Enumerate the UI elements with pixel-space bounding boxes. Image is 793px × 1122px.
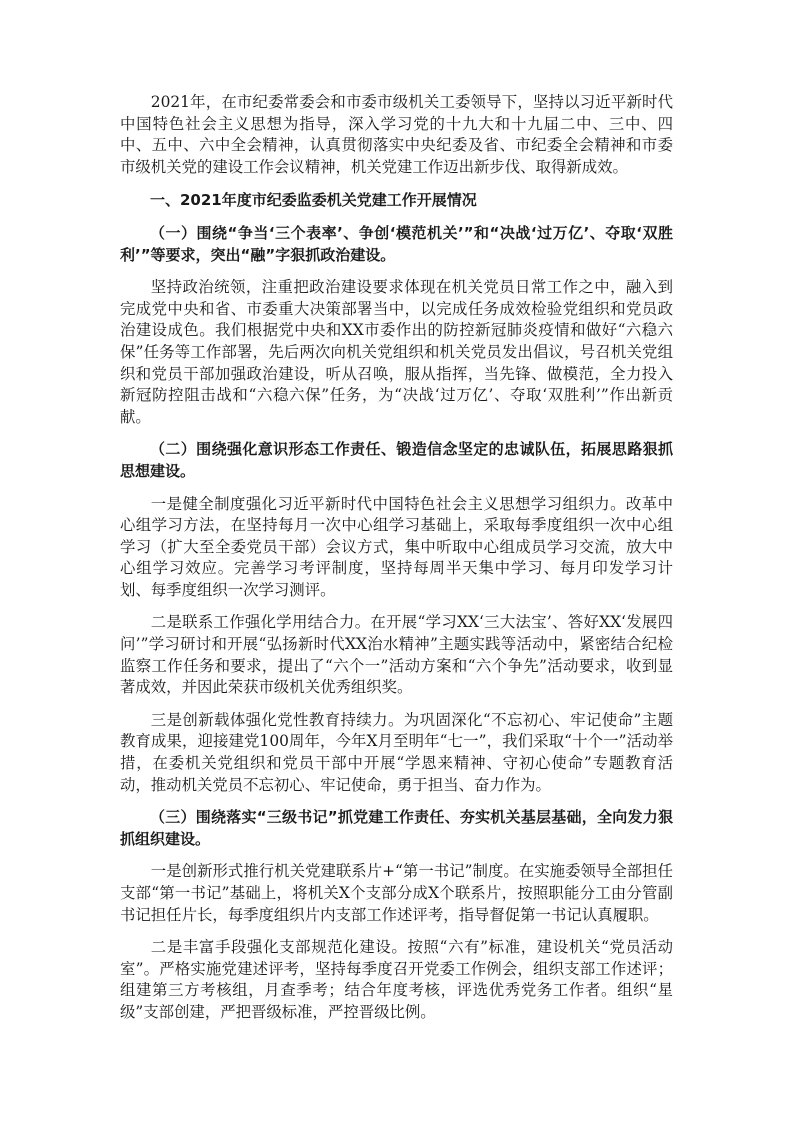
- paragraph: 三是创新载体强化党性教育持续力。为巩固深化“不忘初心、牢记使命”主题教育成果，迎…: [120, 710, 673, 796]
- document-page: 2021年，在市纪委常委会和市委市级机关工委领导下，坚持以习近平新时代中国特色社…: [120, 92, 673, 1024]
- paragraph: 二是联系工作强化学用结合力。在开展“学习XX‘三大法宝’、答好XX‘发展四问’”…: [120, 612, 673, 698]
- paragraph: 二是丰富手段强化支部规范化建设。按照“六有”标准，建设机关“党员活动室”。严格实…: [120, 937, 673, 1023]
- subsection-heading-3: （三）围绕落实“三级书记”抓党建工作责任、夯实机关基层基础，全向发力狠抓组织建设…: [120, 807, 673, 850]
- paragraph: 一是健全制度强化习近平新时代中国特色社会主义思想学习组织力。改革中心组学习方法，…: [120, 494, 673, 602]
- section-heading: 一、2021年度市纪委监委机关党建工作开展情况: [120, 190, 673, 212]
- intro-paragraph: 2021年，在市纪委常委会和市委市级机关工委领导下，坚持以习近平新时代中国特色社…: [120, 92, 673, 178]
- paragraph: 坚持政治统领，注重把政治建设要求体现在机关党员日常工作之中，融入到完成党中央和省…: [120, 277, 673, 428]
- subsection-heading-1: （一）围绕“争当‘三个表率’、争创‘模范机关’”和“决战‘过万亿’、夺取‘双胜利…: [120, 223, 673, 266]
- paragraph: 一是创新形式推行机关党建联系片+“第一书记”制度。在实施委领导全部担任支部“第一…: [120, 861, 673, 926]
- subsection-heading-2: （二）围绕强化意识形态工作责任、锻造信念坚定的忠诚队伍，拓展思路狠抓思想建设。: [120, 439, 673, 482]
